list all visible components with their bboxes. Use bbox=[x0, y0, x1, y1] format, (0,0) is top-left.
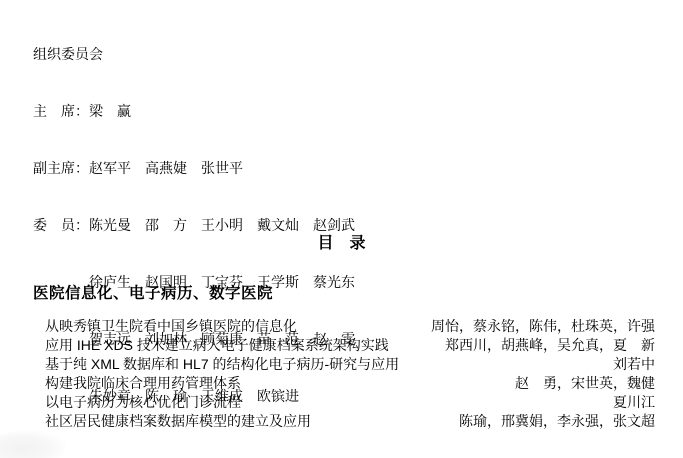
toc-entry: 构建我院临床合理用药管理体系 赵 勇，宋世英，魏健 bbox=[45, 374, 655, 393]
toc-entry: 从映秀镇卫生院看中国乡镇医院的信息化 周怡，蔡永铭，陈伟，杜珠英，许强 bbox=[45, 317, 655, 336]
toc-section-heading: 医院信息化、电子病历、数字医院 bbox=[33, 281, 273, 303]
toc-entry-title: 基于纯 XML 数据库和 HL7 的结构化电子病历-研究与应用 bbox=[45, 355, 399, 374]
toc-entry-authors: 赵 勇，宋世英，魏健 bbox=[515, 374, 655, 393]
vice-chairmen-line: 副主席：赵军平 高燕婕 张世平 bbox=[33, 159, 355, 178]
toc-entry-title: 应用 IHE XDS 技术建立病人电子健康档案系统架构实践 bbox=[45, 336, 389, 355]
toc-entry-authors: 夏川江 bbox=[613, 393, 655, 412]
toc-entry: 以电子病历为核心优化门诊流程 夏川江 bbox=[45, 393, 655, 412]
toc-entry: 基于纯 XML 数据库和 HL7 的结构化电子病历-研究与应用 刘若中 bbox=[45, 355, 655, 374]
toc-entry-authors: 郑西川，胡燕峰，吴允真，夏 新 bbox=[445, 336, 655, 355]
toc-entry-authors: 刘若中 bbox=[613, 355, 655, 374]
vice-chairmen-names: 赵军平 高燕婕 张世平 bbox=[89, 160, 243, 176]
toc-entry-title: 以电子病历为核心优化门诊流程 bbox=[45, 393, 241, 412]
toc-entry-title: 从映秀镇卫生院看中国乡镇医院的信息化 bbox=[45, 317, 297, 336]
chairman-name: 梁 赢 bbox=[89, 103, 131, 119]
vice-chairmen-label: 副主席： bbox=[33, 160, 89, 176]
toc-entry-authors: 周怡，蔡永铭，陈伟，杜珠英，许强 bbox=[431, 317, 655, 336]
document-page: 组织委员会 主 席：梁 赢 副主席：赵军平 高燕婕 张世平 委 员：陈光曼 邵 … bbox=[0, 0, 683, 458]
toc-entry-list: 从映秀镇卫生院看中国乡镇医院的信息化 周怡，蔡永铭，陈伟，杜珠英，许强 应用 I… bbox=[45, 317, 655, 431]
toc-entry-title: 社区居民健康档案数据库模型的建立及应用 bbox=[45, 412, 311, 431]
committee-title: 组织委员会 bbox=[33, 45, 355, 64]
toc-entry-title: 构建我院临床合理用药管理体系 bbox=[45, 374, 241, 393]
toc-title: 目 录 bbox=[0, 230, 683, 253]
toc-entry: 应用 IHE XDS 技术建立病人电子健康档案系统架构实践 郑西川，胡燕峰，吴允… bbox=[45, 336, 655, 355]
toc-entry: 社区居民健康档案数据库模型的建立及应用 陈瑜，邢冀娟，李永强，张文超 bbox=[45, 412, 655, 431]
scan-smudge-artifact bbox=[0, 430, 66, 458]
chairman-label: 主 席： bbox=[33, 103, 89, 119]
toc-entry-authors: 陈瑜，邢冀娟，李永强，张文超 bbox=[459, 412, 655, 431]
chairman-line: 主 席：梁 赢 bbox=[33, 102, 355, 121]
